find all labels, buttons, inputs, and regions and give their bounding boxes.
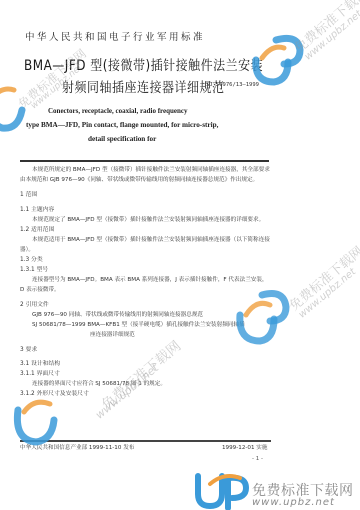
page-number: - 1 - — [252, 456, 263, 462]
up-brand-logo-icon — [194, 472, 250, 510]
reference-sj-50681-cont: 座连接器详细规范 — [20, 330, 270, 340]
section-1-2-heading: 1.2 适用范围 — [20, 225, 270, 235]
intro-paragraph: 本规范所规定的 BMA—JFD 型（接微带）插针接触件法兰安装射频同轴插座连接器… — [20, 165, 270, 185]
brand-url: www.upbz.net — [252, 497, 335, 508]
standard-code: SJ 50976/13—1999 — [206, 82, 259, 88]
section-3-heading: 3 要求 — [20, 345, 270, 355]
english-title-line2: type BMA—JFD, Pin contact, flange mounte… — [26, 121, 218, 129]
section-2-heading: 2 引用文件 — [20, 300, 270, 310]
section-1-1-text: 本规范规定了 BMA—JFD 型（接微带）插针接触件法兰安装射频同轴插座连接器的… — [20, 215, 270, 225]
english-title-line3: detail specification for — [88, 135, 156, 143]
section-1-2-text: 本规范适用于 BMA—JFD 型（接微带）插针接触件法兰安装射频同轴插座连接器（… — [20, 235, 270, 255]
reference-gjb-976: GJB 976—90 同轴、带状线或微带传输线用的射频同轴连接器总规范 — [20, 310, 270, 320]
section-1-3-heading: 1.3 分类 — [20, 255, 270, 265]
reference-sj-50681: SJ 50681/78—1999 BMA—KFB1 型（接半硬电缆）插孔接触件法… — [20, 320, 270, 330]
section-1-3-1-text: 连接器型号为 BMA—JFD。BMA 表示 BMA 系列连接器，J 表示插针接触… — [20, 275, 270, 295]
section-1-3-1-heading: 1.3.1 型号 — [20, 265, 270, 275]
section-1-heading: 1 范围 — [20, 190, 270, 200]
document-page: 中华人民共和国电子行业军用标准 BMA—JFD 型(接微带)插针接触件法兰安装 … — [0, 0, 360, 510]
section-1-1-heading: 1.1 主题内容 — [20, 205, 270, 215]
standard-organization: 中华人民共和国电子行业军用标准 — [0, 29, 230, 43]
issue-info: 中华人民共和国信息产业部 1999-11-10 发布 — [20, 443, 134, 451]
header-divider — [20, 160, 269, 162]
english-title-line1: Conectors, receptacle, coaxial, radio fr… — [48, 107, 188, 115]
effective-date: 1999-12-01 实施 — [222, 443, 267, 451]
footer-divider — [20, 440, 271, 442]
section-3-1-2-heading: 3.1.2 外形尺寸及安装尺寸 — [20, 389, 270, 399]
document-title-line2: 射频同轴插座连接器详细规范 — [62, 77, 225, 97]
